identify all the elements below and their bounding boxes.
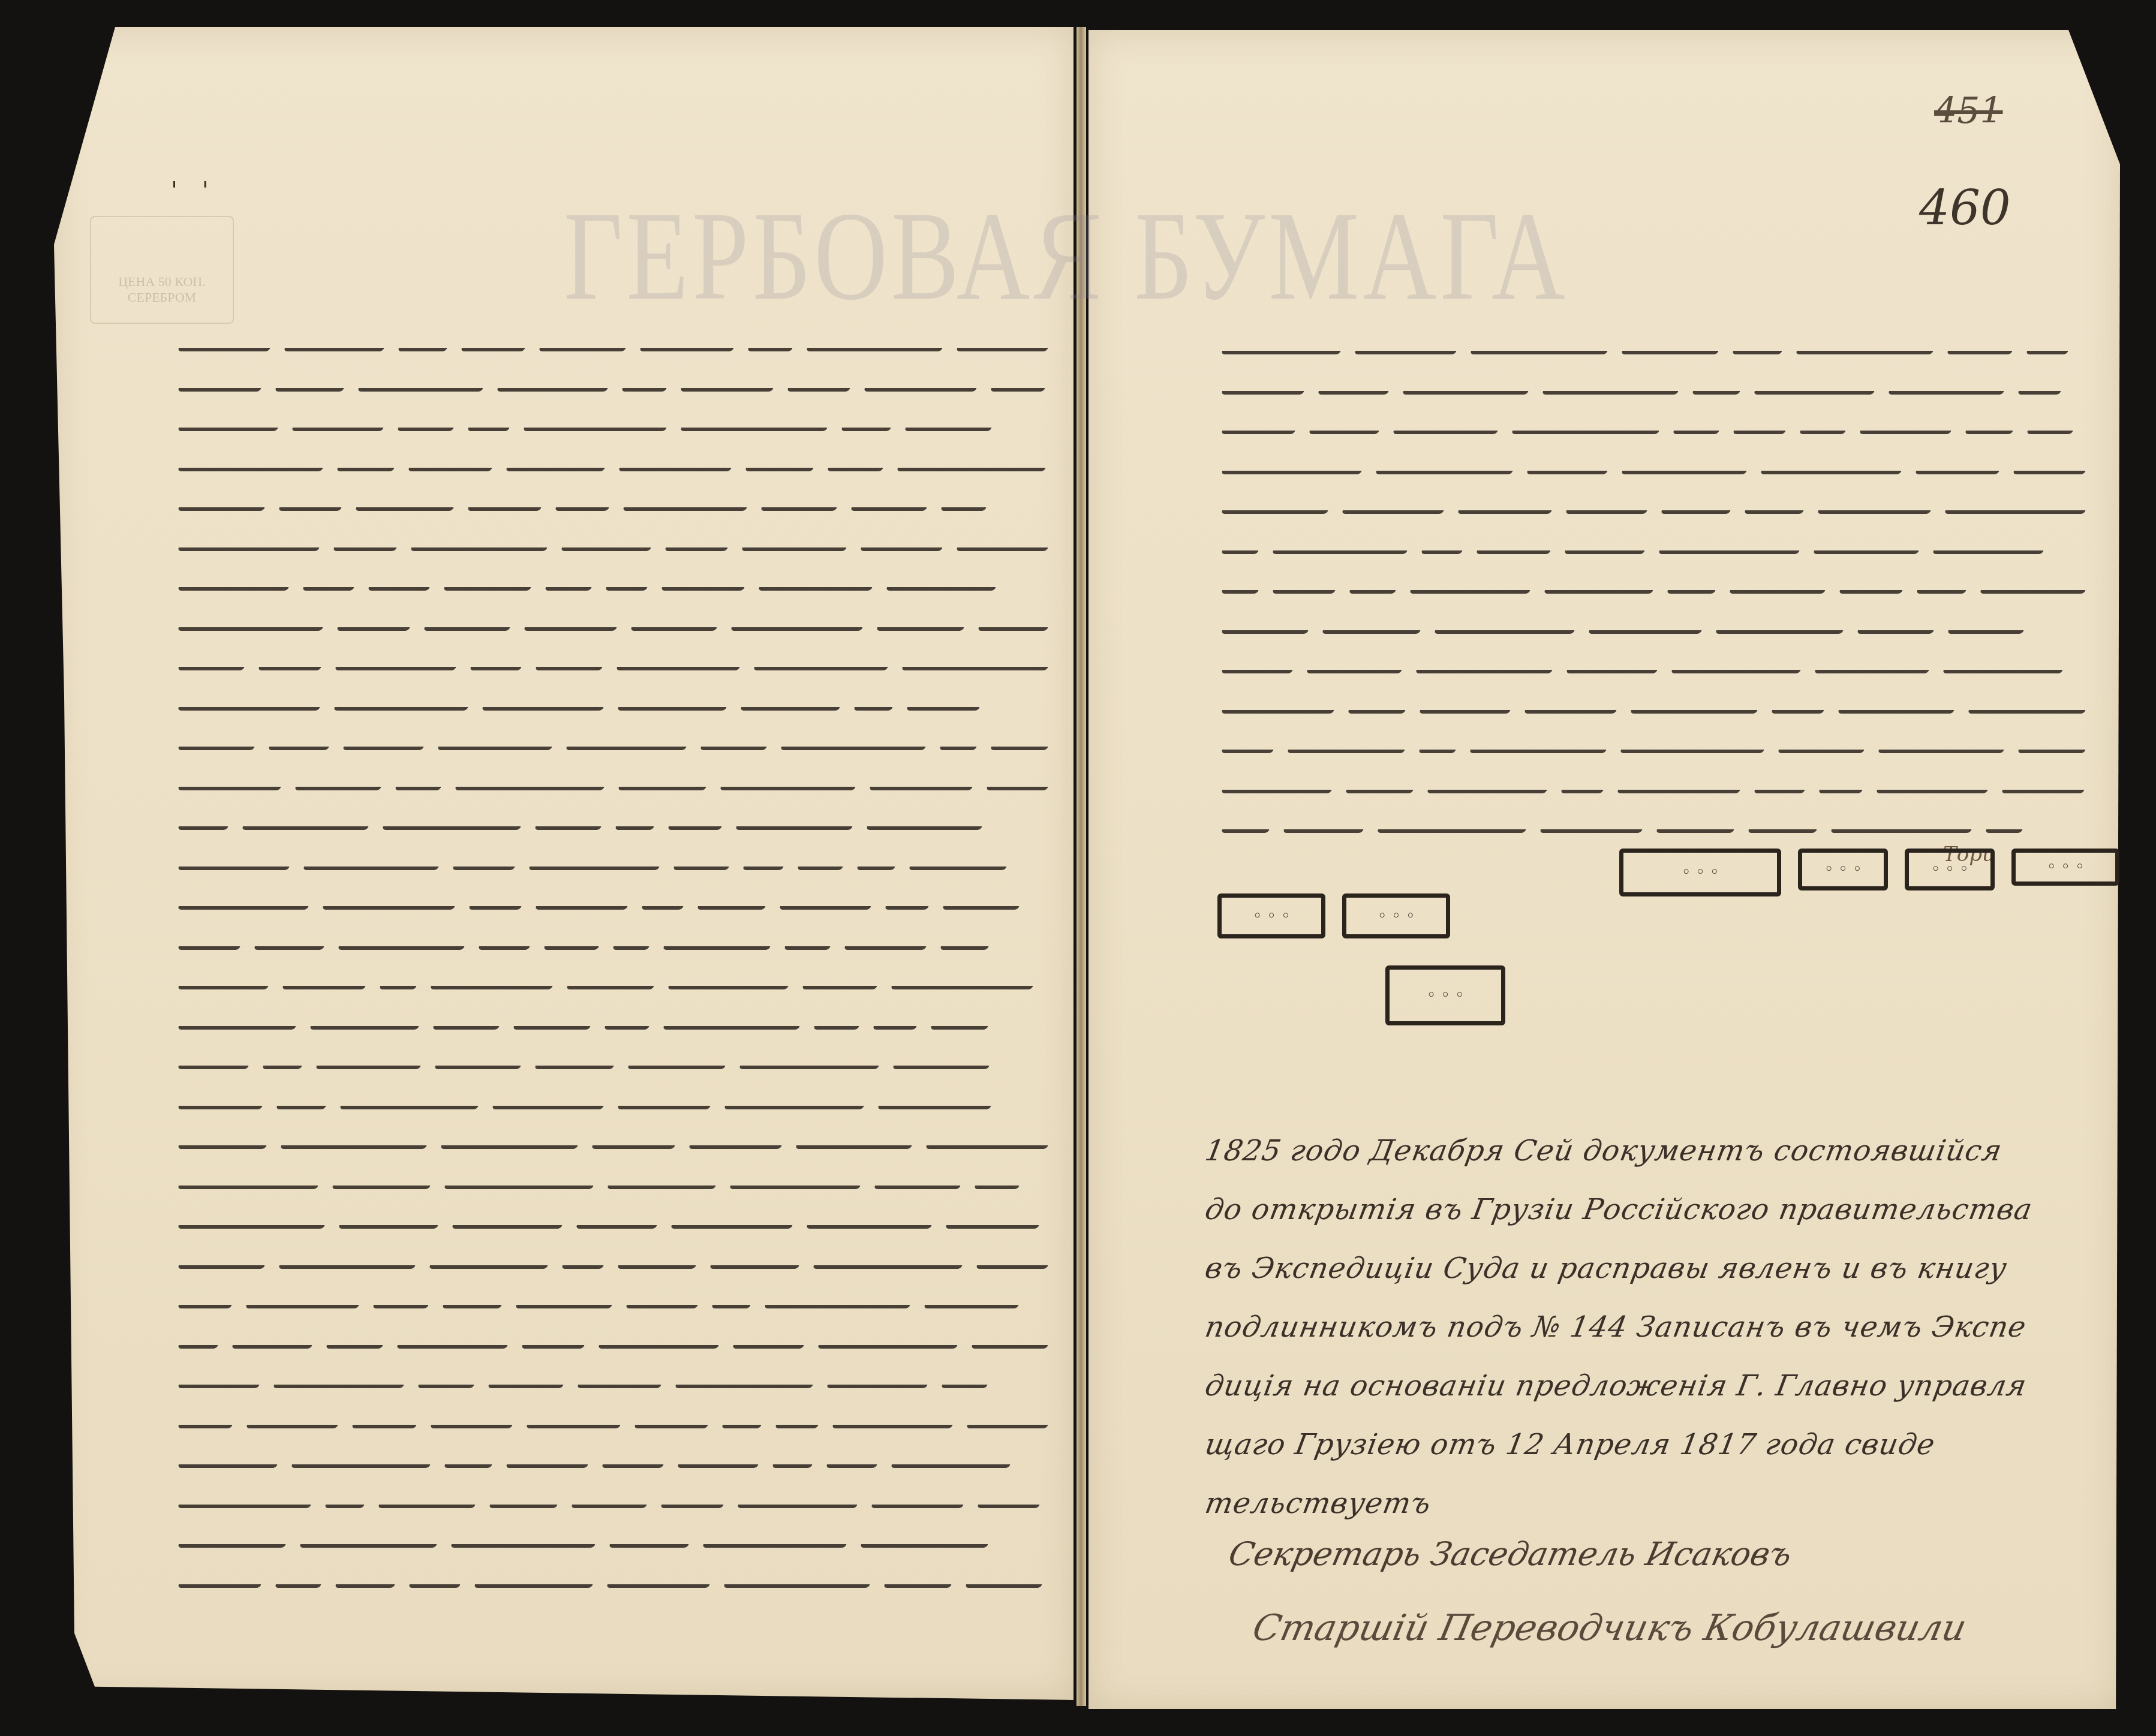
seal-stamp: ◦ ◦ ◦ [1798,849,1888,890]
handwritten-word [853,695,897,711]
handwritten-word [720,775,859,790]
handwritten-word [874,1174,964,1189]
handwritten-word [178,894,312,910]
handwritten-word [990,376,1049,392]
certification-line: щаго Грузіею отъ 12 Апреля 1817 года сви… [1200,1415,2110,1474]
handwritten-line [180,1054,1068,1094]
handwritten-word [1839,578,1907,594]
handwritten-word [1221,339,1345,354]
handwritten-word [408,1572,464,1588]
handwritten-word [965,1572,1046,1588]
handwritten-word [284,336,388,351]
handwritten-word [1221,419,1299,434]
handwritten-word [303,855,443,870]
handwritten-word [526,1413,624,1428]
handwritten-word [506,456,609,471]
handwritten-word [178,1413,236,1428]
handwritten-line [180,1174,1068,1214]
handwritten-word [977,1493,1044,1508]
handwritten-word [1968,698,2089,714]
handwritten-word [740,695,844,711]
handwritten-word [974,1174,1023,1189]
handwritten-word [178,775,285,790]
handwritten-line [180,1293,1068,1333]
handwritten-word [275,1572,325,1588]
handwritten-word [876,615,968,631]
handwritten-word [299,1532,441,1548]
handwritten-word [368,575,434,591]
handwritten-word [702,1532,850,1548]
handwritten-line [180,376,1068,416]
handwritten-word [971,1333,1052,1349]
handwritten-word [1715,618,1847,634]
handwritten-word [1965,419,2017,434]
handwritten-word [1838,698,1958,714]
handwritten-word [1621,339,1722,354]
handwritten-word [1322,618,1424,634]
handwritten-word [760,495,841,511]
handwritten-line [1223,339,2105,379]
handwritten-word [897,456,1050,471]
handwritten-line [180,336,1068,376]
handwritten-word [709,1253,803,1269]
handwritten-word [434,1054,525,1069]
handwritten-word [178,695,324,711]
handwritten-word [1888,379,2008,395]
handwritten-word [1419,698,1514,714]
handwritten-word [577,1373,665,1388]
certification-line: 1825 годо Декабря Сей документъ состоявш… [1200,1121,2110,1180]
handwritten-word [697,894,769,910]
handwritten-line [180,655,1068,695]
certification-line: въ Экспедиціи Суда и расправы явленъ и в… [1200,1239,2110,1298]
handwritten-word [1354,339,1460,354]
handwritten-word [860,1532,992,1548]
handwritten-line [1223,459,2105,499]
handwritten-word [338,1213,442,1229]
handwritten-word [1760,459,1905,474]
handwritten-word [1564,538,1649,554]
handwritten-word [891,974,1037,989]
handwritten-word [753,655,892,670]
handwritten-word [787,376,854,392]
handwritten-line [180,894,1068,934]
handwritten-word [618,775,710,790]
handwritten-word [1817,498,1935,514]
handwritten-word [1526,459,1611,474]
handwritten-word [1349,578,1400,594]
handwritten-word [1511,419,1663,434]
handwritten-word [2026,339,2072,354]
handwritten-word [904,416,996,431]
handwritten-word [680,416,831,431]
handwritten-word [1415,658,1556,673]
handwritten-word [262,1054,306,1069]
handwritten-word [521,1333,588,1349]
handwritten-word [1944,498,2089,514]
handwritten-word [700,735,771,750]
handwritten-word [576,1213,661,1229]
handwritten-word [336,615,414,631]
handwritten-word [945,1213,1043,1229]
handwritten-line [1223,618,2105,658]
handwritten-word [978,615,1052,631]
handwritten-word [607,1174,720,1189]
handwritten-word [1985,817,2026,833]
handwritten-word [398,336,451,351]
handwritten-word [534,814,605,830]
seal-stamp: ◦ ◦ ◦ [1342,893,1450,938]
right-page-georgian-text [1223,339,2105,858]
handwritten-word [1932,538,2047,554]
handwritten-word [844,934,930,950]
handwritten-word [492,1094,608,1109]
handwritten-word [618,456,735,471]
handwritten-word [626,1293,702,1308]
handwritten-word [660,1493,727,1508]
handwritten-word [450,1532,599,1548]
handwritten-word [355,495,458,511]
handwritten-word [612,934,653,950]
handwritten-word [1283,817,1367,833]
handwritten-word [1544,578,1657,594]
handwritten-word [1306,658,1406,673]
handwritten-word [397,416,458,431]
handwritten-word [478,934,534,950]
handwritten-word [178,336,274,351]
handwritten-word [724,1094,868,1109]
handwritten-word [1470,339,1611,354]
stamped-paper-watermark: ГЕРБОВАЯ БУМАГА [564,183,1583,330]
handwritten-word [523,416,670,431]
handwritten-word [615,814,658,830]
handwritten-word [1542,379,1682,395]
seal-stamp: ◦ ◦ ◦ [2011,849,2119,886]
handwritten-line [180,416,1068,456]
handwritten-word [1375,459,1517,474]
handwritten-word [178,1133,270,1149]
handwritten-word [467,495,545,511]
handwritten-word [2026,419,2077,434]
handwritten-word [561,1253,608,1269]
handwritten-word [1942,658,2067,673]
handwritten-word [178,1333,222,1349]
handwritten-word [315,1054,425,1069]
handwritten-word [280,1133,431,1149]
handwritten-word [339,1094,482,1109]
handwritten-word [860,535,946,551]
handwritten-word [617,695,730,711]
handwritten-word [534,1054,618,1069]
handwritten-word [333,695,472,711]
handwritten-word [178,1493,315,1508]
handwritten-word [1318,379,1393,395]
handwritten-word [827,456,887,471]
handwritten-word [732,1333,808,1349]
handwritten-line [180,974,1068,1014]
handwritten-word [178,456,327,471]
handwritten-word [1221,498,1332,514]
handwritten-word [623,495,751,511]
handwritten-word [1221,817,1273,833]
corner-tick-marks: ' ' [171,177,217,204]
handwritten-word [826,1373,931,1388]
handwritten-word [606,1572,714,1588]
folio-number-struck: 451 [1934,90,2003,132]
handwritten-word [178,535,323,551]
handwritten-word [467,416,513,431]
handwritten-line [180,814,1068,855]
handwritten-word [1857,618,1938,634]
handwritten-word [609,1532,693,1548]
handwritten-word [956,336,1052,351]
handwritten-word [468,894,525,910]
handwritten-word [1744,498,1808,514]
handwritten-word [178,615,327,631]
handwritten-line [180,775,1068,815]
handwritten-word [566,974,658,989]
handwritten-word [408,456,496,471]
handwritten-word [571,1493,651,1508]
handwritten-word [1469,738,1610,753]
handwritten-word [1457,498,1556,514]
handwritten-word [925,1133,1052,1149]
handwritten-word [877,1094,995,1109]
handwritten-word [604,1014,653,1030]
handwritten-word [667,974,792,989]
handwritten-word [802,974,881,989]
handwritten-word [1221,618,1312,634]
handwritten-word [482,695,608,711]
handwritten-word [864,376,981,392]
handwritten-word [1221,778,1336,793]
handwritten-word [291,1452,434,1468]
handwritten-word [382,814,525,830]
handwritten-word [1813,538,1923,554]
handwritten-word [336,456,398,471]
handwritten-word [1402,379,1532,395]
handwritten-word [444,1452,496,1468]
handwritten-line [1223,498,2105,538]
handwritten-line [180,615,1068,655]
handwritten-line [1223,578,2105,618]
handwritten-word [410,535,551,551]
left-page-georgian-text [180,336,1068,1612]
handwritten-word [1221,459,1366,474]
handwritten-word [275,376,348,392]
handwritten-line [180,1493,1068,1533]
handwritten-word [432,1014,503,1030]
handwritten-line [180,1373,1068,1413]
handwritten-word [178,1452,281,1468]
handwritten-word [178,1253,269,1269]
handwritten-word [764,1293,914,1308]
seal-row-3: ◦ ◦ ◦ [1385,965,1505,1025]
handwritten-word [324,1493,368,1508]
handwritten-word [1309,419,1383,434]
handwritten-word [711,1293,754,1308]
handwritten-word [1799,419,1850,434]
handwritten-word [883,1572,955,1588]
handwritten-word [231,1333,316,1349]
certification-line: тельствуетъ [1200,1474,2110,1533]
handwritten-word [178,1014,300,1030]
russian-certification-text: 1825 годо Декабря Сей документъ состоявш… [1205,1121,2105,1533]
handwritten-word [737,1493,861,1508]
handwritten-word [1754,379,1878,395]
handwritten-word [1617,778,1744,793]
handwritten-word [378,1493,479,1508]
handwritten-word [1565,498,1651,514]
handwritten-line [1223,419,2105,459]
handwritten-word [1692,379,1744,395]
handwritten-word [797,855,847,870]
handwritten-line [180,1213,1068,1253]
handwritten-word [871,1493,967,1508]
handwritten-word [806,1213,936,1229]
handwritten-word [1377,817,1530,833]
seal-stamp: ◦ ◦ ◦ [1217,893,1325,938]
handwritten-line [180,1452,1068,1493]
handwritten-word [735,814,856,830]
handwritten-word [742,855,787,870]
handwritten-word [178,575,293,591]
handwritten-word [1947,618,2028,634]
handwritten-word [1980,578,2089,594]
handwritten-word [1814,658,1933,673]
handwritten-line [1223,778,2105,818]
handwritten-word [178,1572,265,1588]
handwritten-word [2013,459,2089,474]
handwritten-word [939,735,981,750]
handwritten-word [930,1014,992,1030]
handwritten-word [673,855,733,870]
handwritten-word [488,1373,567,1388]
handwritten-line [180,1133,1068,1174]
handwritten-line [1223,658,2105,698]
handwritten-word [178,934,244,950]
handwritten-word [278,1253,419,1269]
handwritten-word [326,1333,387,1349]
handwritten-word [806,336,946,351]
handwritten-word [1661,498,1734,514]
emboss-line-2: СЕРЕБРОМ [91,290,233,305]
handwritten-word [444,1174,597,1189]
handwritten-line [180,1014,1068,1054]
handwritten-word [1667,578,1719,594]
handwritten-word [1916,578,1970,594]
handwritten-word [1947,339,2016,354]
handwritten-word [779,894,875,910]
price-emboss-stamp: ЦЕНА 50 КОП. СЕРЕБРОМ [90,216,234,324]
handwritten-word [841,416,895,431]
handwritten-word [566,735,690,750]
handwritten-word [627,1054,729,1069]
handwritten-word [506,1452,592,1468]
handwritten-word [832,1413,957,1428]
handwritten-word [663,1014,804,1030]
seal-stamp: ◦ ◦ ◦ [1619,849,1781,896]
signature-translator: Старшій Переводчикъ Кобулашвили [1249,1607,1970,1649]
handwritten-word [524,615,621,631]
handwritten-word [528,855,663,870]
handwritten-word [1771,698,1828,714]
handwritten-word [2017,738,2089,753]
handwritten-word [178,1094,266,1109]
handwritten-word [561,535,655,551]
handwritten-line [180,1413,1068,1453]
handwritten-word [178,495,269,511]
handwritten-word [417,1373,478,1388]
signature-secretary: Секретарь Заседатель Исаковъ [1225,1535,1795,1573]
handwritten-word [395,775,445,790]
handwritten-word [817,1333,961,1349]
handwritten-word [850,495,931,511]
handwritten-word [338,934,468,950]
handwritten-word [976,1253,1052,1269]
certification-line: подлинникомъ подъ № 144 Записанъ въ чемъ… [1200,1298,2110,1356]
handwritten-word [745,456,817,471]
handwritten-word [667,814,726,830]
handwritten-word [357,376,487,392]
handwritten-word [1221,738,1277,753]
handwritten-word [555,495,613,511]
handwritten-word [178,974,272,989]
handwritten-word [1778,738,1868,753]
handwritten-word [178,1532,290,1548]
handwritten-word [1539,817,1646,833]
handwritten-word [1221,379,1308,395]
handwritten-word [1476,538,1554,554]
handwritten-word [535,655,606,670]
handwritten-word [178,1213,329,1229]
handwritten-word [1878,738,2008,753]
handwritten-line [1223,738,2105,778]
handwritten-word [966,1413,1052,1428]
handwritten-line [180,495,1068,535]
handwritten-word [1915,459,2003,474]
handwritten-word [455,775,608,790]
handwritten-line [180,855,1068,895]
handwritten-word [294,775,385,790]
handwritten-word [616,655,744,670]
handwritten-line [180,934,1068,974]
handwritten-word [730,615,867,631]
handwritten-word [856,855,899,870]
handwritten-line [1223,538,2105,579]
handwritten-word [1733,419,1790,434]
handwritten-word [1524,698,1620,714]
handwritten-line [180,1572,1068,1612]
handwritten-word [942,894,1023,910]
handwritten-word [688,1133,786,1149]
handwritten-word [474,1572,597,1588]
handwritten-word [430,1413,516,1428]
handwritten-word [630,615,721,631]
handwritten-word [1409,578,1534,594]
handwritten-word [924,1293,1023,1308]
certification-line: до открытія въ Грузіи Россійского правит… [1200,1180,2110,1239]
handwritten-word [598,1333,723,1349]
handwritten-word [680,376,777,392]
handwritten-word [1876,778,1992,793]
handwritten-word [302,575,358,591]
handwritten-line [180,456,1068,496]
handwritten-word [723,1572,874,1588]
handwritten-word [602,1452,667,1468]
handwritten-word [1566,658,1661,673]
handwritten-word [442,1293,506,1308]
